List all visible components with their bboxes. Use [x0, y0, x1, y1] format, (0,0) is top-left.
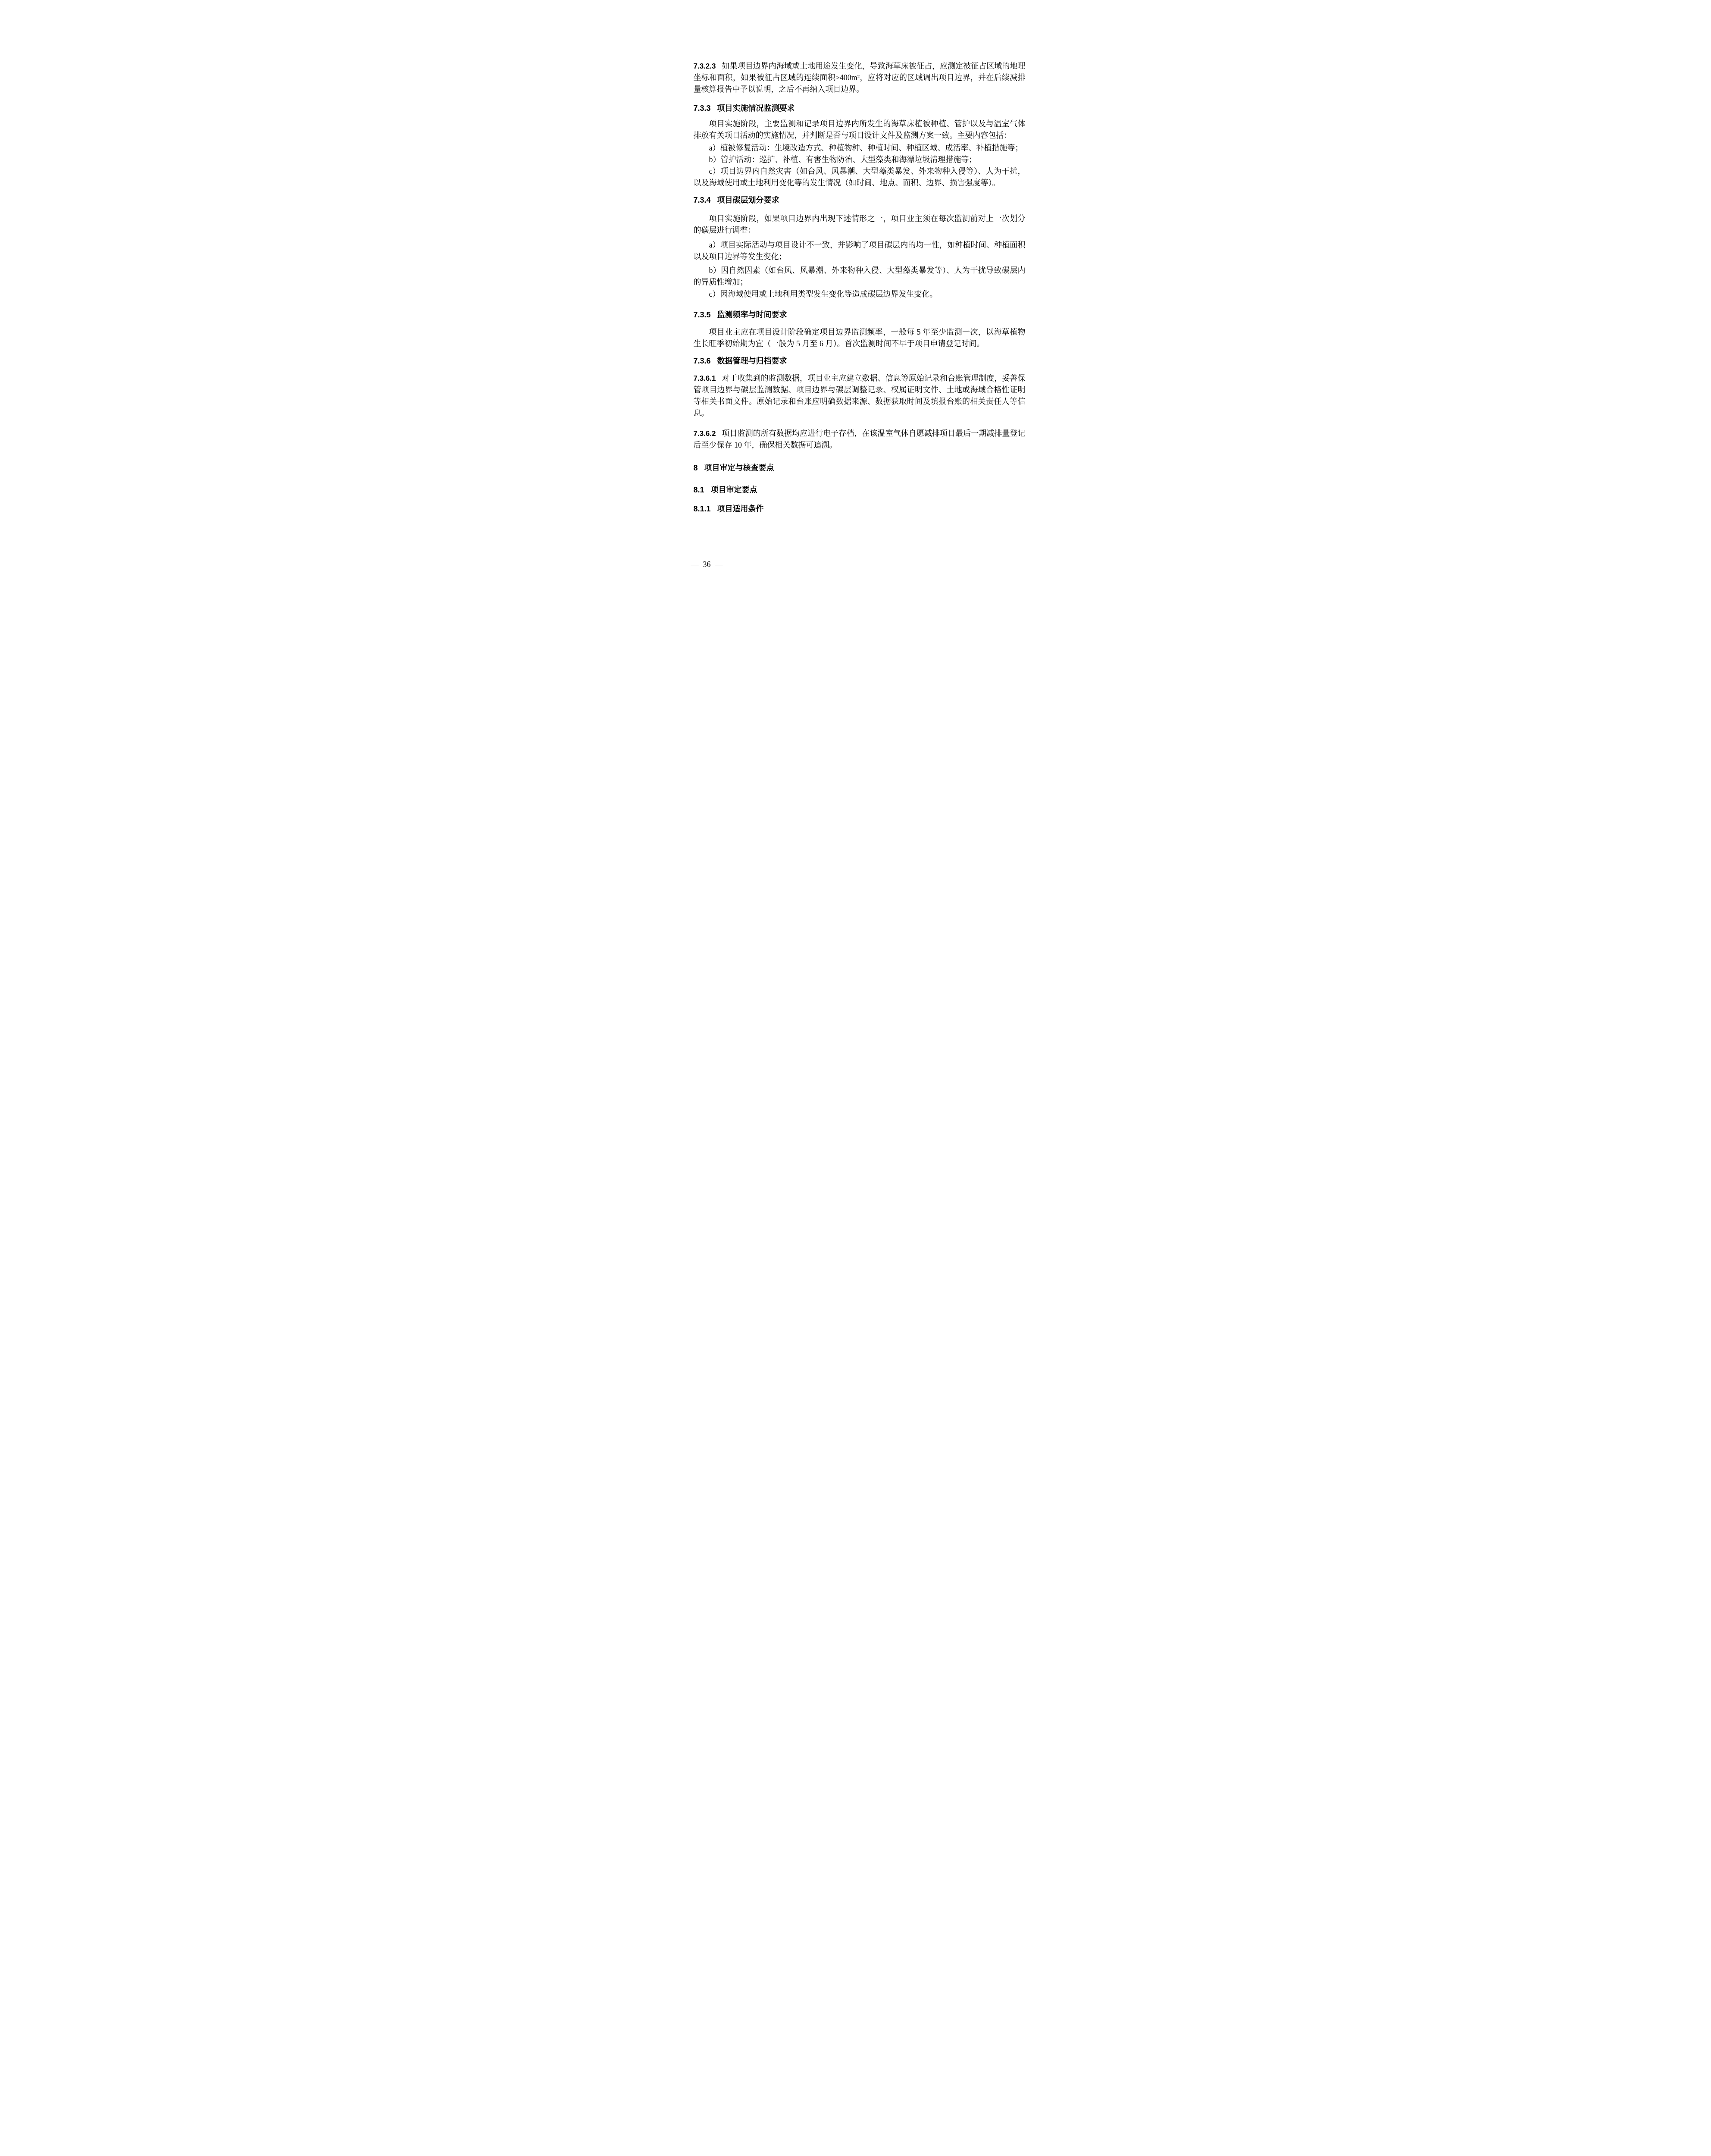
clause-number: 7.3.6.1 [694, 374, 716, 382]
heading-title: 项目审定与核查要点 [704, 464, 774, 472]
clause-text: 如果项目边界内海域或土地用途发生变化，导致海草床被征占，应测定被征占区域的地理坐… [694, 62, 1026, 94]
heading-number: 8.1.1 [694, 505, 711, 513]
clause-text: 项目监测的所有数据均应进行电子存档，在该温室气体自愿减排项目最后一期减排量登记后… [694, 429, 1026, 449]
list-item-a: a）植被修复活动：生境改造方式、种植物种、种植时间、种植区域、成活率、补植措施等… [694, 142, 1026, 154]
heading-number: 7.3.6 [694, 357, 711, 365]
heading-number: 7.3.5 [694, 310, 711, 319]
clause-text: 对于收集到的监测数据，项目业主应建立数据、信息等原始记录和台账管理制度，妥善保管… [694, 374, 1026, 417]
list-item-c: c）因海域使用或土地利用类型发生变化等造成碳层边界发生变化。 [694, 288, 1026, 300]
section-heading-8-1-1: 8.1.1项目适用条件 [694, 503, 1026, 515]
list-item-b: b）管护活动：巡护、补植、有害生物防治、大型藻类和海漂垃圾清理措施等； [694, 154, 1026, 166]
footer-dash-right: — [715, 560, 723, 569]
clause-number: 7.3.2.3 [694, 62, 716, 70]
section-heading-8-1: 8.1项目审定要点 [694, 484, 1026, 496]
list-item-b: b）因自然因素（如台风、风暴潮、外来物种入侵、大型藻类暴发等）、人为干扰导致碳层… [694, 265, 1026, 288]
page-content: 7.3.2.3如果项目边界内海域或土地用途发生变化，导致海草床被征占，应测定被征… [642, 0, 1070, 515]
section-heading-7-3-3: 7.3.3项目实施情况监测要求 [694, 103, 1026, 114]
section-heading-7-3-6: 7.3.6数据管理与归档要求 [694, 355, 1026, 367]
heading-number: 7.3.3 [694, 104, 711, 113]
heading-title: 项目碳层划分要求 [717, 196, 779, 204]
heading-title: 项目审定要点 [711, 486, 757, 494]
clause-7-3-2-3: 7.3.2.3如果项目边界内海域或土地用途发生变化，导致海草床被征占，应测定被征… [694, 60, 1026, 95]
clause-7-3-6-1: 7.3.6.1对于收集到的监测数据，项目业主应建立数据、信息等原始记录和台账管理… [694, 373, 1026, 419]
section-heading-7-3-5: 7.3.5监测频率与时间要求 [694, 309, 1026, 321]
heading-title: 项目实施情况监测要求 [717, 104, 795, 113]
heading-number: 7.3.4 [694, 196, 711, 204]
heading-number: 8 [694, 464, 698, 472]
section-heading-8: 8项目审定与核查要点 [694, 462, 1026, 474]
footer-dash-left: — [691, 560, 699, 569]
clause-7-3-6-2: 7.3.6.2项目监测的所有数据均应进行电子存档，在该温室气体自愿减排项目最后一… [694, 428, 1026, 451]
list-item-c: c）项目边界内自然灾害（如台风、风暴潮、大型藻类暴发、外来物种入侵等）、人为干扰… [694, 166, 1026, 189]
heading-title: 监测频率与时间要求 [717, 310, 787, 319]
list-item-a: a）项目实际活动与项目设计不一致，并影响了项目碳层内的均一性，如种植时间、种植面… [694, 239, 1026, 263]
document-page: 7.3.2.3如果项目边界内海域或土地用途发生变化，导致海草床被征占，应测定被征… [642, 0, 1070, 605]
page-number: 36 [703, 560, 711, 569]
section-heading-7-3-4: 7.3.4项目碳层划分要求 [694, 194, 1026, 206]
paragraph: 项目实施阶段，如果项目边界内出现下述情形之一，项目业主须在每次监测前对上一次划分… [694, 213, 1026, 236]
heading-title: 数据管理与归档要求 [717, 357, 787, 365]
paragraph: 项目实施阶段，主要监测和记录项目边界内所发生的海草床植被种植、管护以及与温室气体… [694, 118, 1026, 141]
heading-number: 8.1 [694, 486, 704, 494]
paragraph: 项目业主应在项目设计阶段确定项目边界监测频率，一般每 5 年至少监测一次，以海草… [694, 326, 1026, 350]
clause-number: 7.3.6.2 [694, 429, 716, 438]
page-footer: —36— [691, 559, 723, 570]
heading-title: 项目适用条件 [717, 505, 764, 513]
